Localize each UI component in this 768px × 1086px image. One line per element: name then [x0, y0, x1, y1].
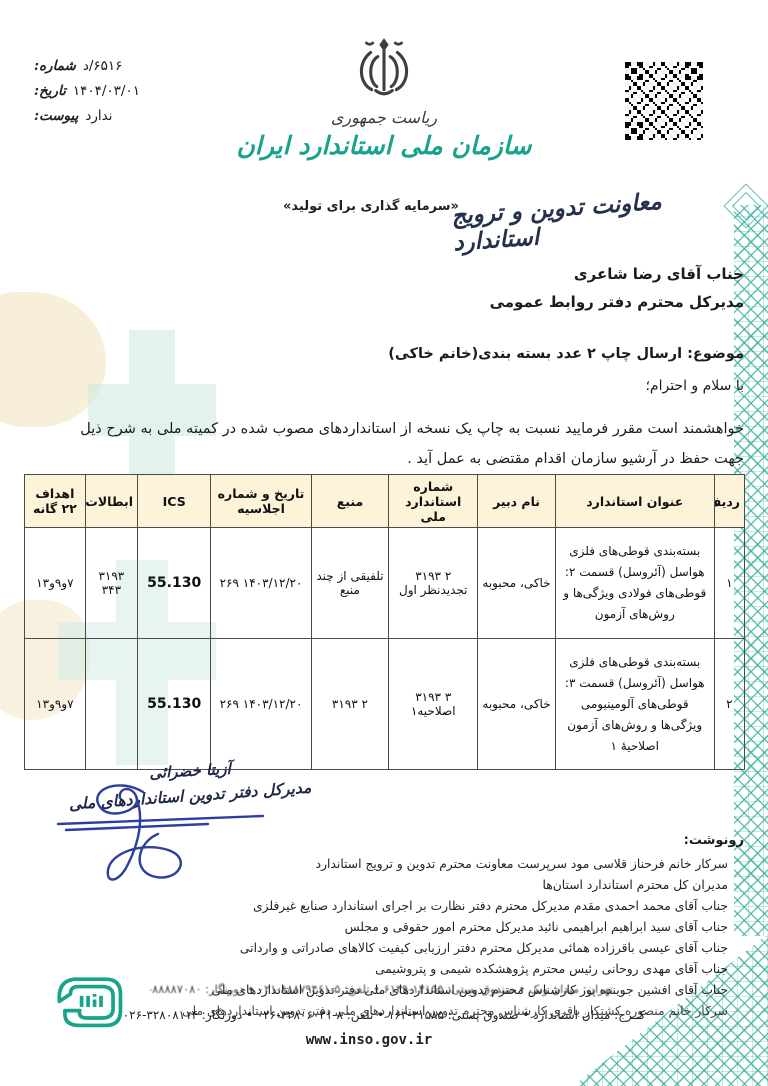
cell-session: ۱۴۰۳/۱۲/۲۰ ۲۶۹ — [211, 639, 311, 770]
cell-session: ۱۴۰۳/۱۲/۲۰ ۲۶۹ — [211, 528, 311, 639]
cc-item: جناب آقای محمد احمدی مقدم مدیرکل محترم د… — [182, 896, 728, 917]
isiri-logo-icon — [52, 972, 126, 1040]
cell-ics: 55.130 — [137, 528, 210, 639]
cell-cancellations: ۳۱۹۳ ۳۴۳ — [85, 528, 137, 639]
table-header-row: ردیف عنوان استاندارد نام دبیر شماره استا… — [25, 475, 745, 528]
col-header-session-date-number: تاریخ و شماره اجلاسیه — [211, 475, 311, 528]
col-header-22-goals: اهداف ۲۲ گانه — [25, 475, 86, 528]
col-header-national-standard-number: شماره استاندارد ملی — [389, 475, 478, 528]
body-line-1: خواهشمند است مقرر فرمایید نسبت به چاپ یک… — [80, 421, 744, 437]
cc-item: جناب آقای عیسی باقرزاده همائی مدیرکل محت… — [182, 938, 728, 959]
salutation: با سلام و احترام؛ — [645, 378, 744, 394]
slogan: «سرمایه گذاری برای تولید» — [283, 199, 459, 214]
body-paragraph: خواهشمند است مقرر فرمایید نسبت به چاپ یک… — [60, 414, 744, 474]
cell-standard-title: بسته‌بندی قوطی‌های فلزی هواسل (آئروسل) ق… — [555, 639, 714, 770]
cell-goals: ۷و۹و۱۳ — [25, 528, 86, 639]
col-header-ics: ICS — [137, 475, 210, 528]
emblem-crown — [379, 38, 388, 51]
cell-source: ۲ ۳۱۹۳ — [311, 639, 389, 770]
official-letter-page: شماره: ۶۵۱۶/د تاریخ: ۱۴۰۴/۰۳/۰۱ پیوست: ن… — [0, 0, 768, 1086]
cc-item: سرکار خانم فرحناز قلاسی مود سرپرست معاون… — [182, 854, 728, 875]
cell-row-number: ۱ — [714, 528, 744, 639]
col-header-secretary-name: نام دبیر — [478, 475, 556, 528]
cell-source: تلفیقی از چند منبع — [311, 528, 389, 639]
recipient-block: جناب آقای رضا شاعری مدیرکل محترم دفتر رو… — [490, 260, 744, 316]
cell-ics: 55.130 — [137, 639, 210, 770]
cell-standard-number: ۳ ۳۱۹۳ اصلاحیه۱ — [389, 639, 478, 770]
recipient-name: جناب آقای رضا شاعری — [490, 260, 744, 288]
cell-standard-number: ۲ ۳۱۹۳ تجدیدنظر اول — [389, 528, 478, 639]
table-row: ۱ بسته‌بندی قوطی‌های فلزی هواسل (آئروسل)… — [25, 528, 745, 639]
col-header-source: منبع — [311, 475, 389, 528]
col-header-standard-title: عنوان استاندارد — [555, 475, 714, 528]
cell-row-number: ۲ — [714, 639, 744, 770]
subject-line: موضوع: ارسال چاپ ۲ عدد بسته بندی(خانم خا… — [388, 346, 744, 362]
cell-standard-title: بسته‌بندی قوطی‌های فلزی هواسل (آئروسل) ق… — [555, 528, 714, 639]
cc-item: جناب آقای مهدی روحانی رئیس محترم پژوهشکد… — [182, 959, 728, 980]
cell-cancellations — [85, 639, 137, 770]
table-row: ۲ بسته‌بندی قوطی‌های فلزی هواسل (آئروسل)… — [25, 639, 745, 770]
cell-goals: ۷و۹و۱۳ — [25, 639, 86, 770]
footer-karaj-address: کــرج: میدان استاندارد • صندوق پستی: ۳۱۵… — [120, 1008, 648, 1022]
cell-secretary-name: خاکی، محبوبه — [478, 528, 556, 639]
deputy-calligraphy: معاونت تدوین و ترویج استاندارد — [450, 182, 753, 257]
standards-table: ردیف عنوان استاندارد نام دبیر شماره استا… — [24, 474, 745, 770]
col-header-row-number: ردیف — [714, 475, 744, 528]
footer-tehran-address: تهران: میدان ونک • صندوق پستی: ۱۴۱۵۵-۶۱۳… — [150, 982, 613, 996]
cc-label: رونوشت: — [684, 833, 744, 848]
cell-secretary-name: خاکی، محبوبه — [478, 639, 556, 770]
recipient-title: مدیرکل محترم دفتر روابط عمومی — [490, 288, 744, 316]
cc-item: جناب آقای سید ابراهیم ابراهیمی نائید مدی… — [182, 917, 728, 938]
body-line-2: جهت حفظ در آرشیو سازمان اقدام مقتضی به ع… — [407, 451, 744, 467]
col-header-cancellations: ابطالات — [85, 475, 137, 528]
cc-list: سرکار خانم فرحناز قلاسی مود سرپرست معاون… — [182, 854, 728, 1022]
watermark-blob — [0, 292, 106, 427]
qr-code — [625, 62, 703, 140]
iran-emblem-icon — [353, 36, 415, 102]
cc-item: مدیران کل محترم استاندارد استان‌ها — [182, 875, 728, 896]
